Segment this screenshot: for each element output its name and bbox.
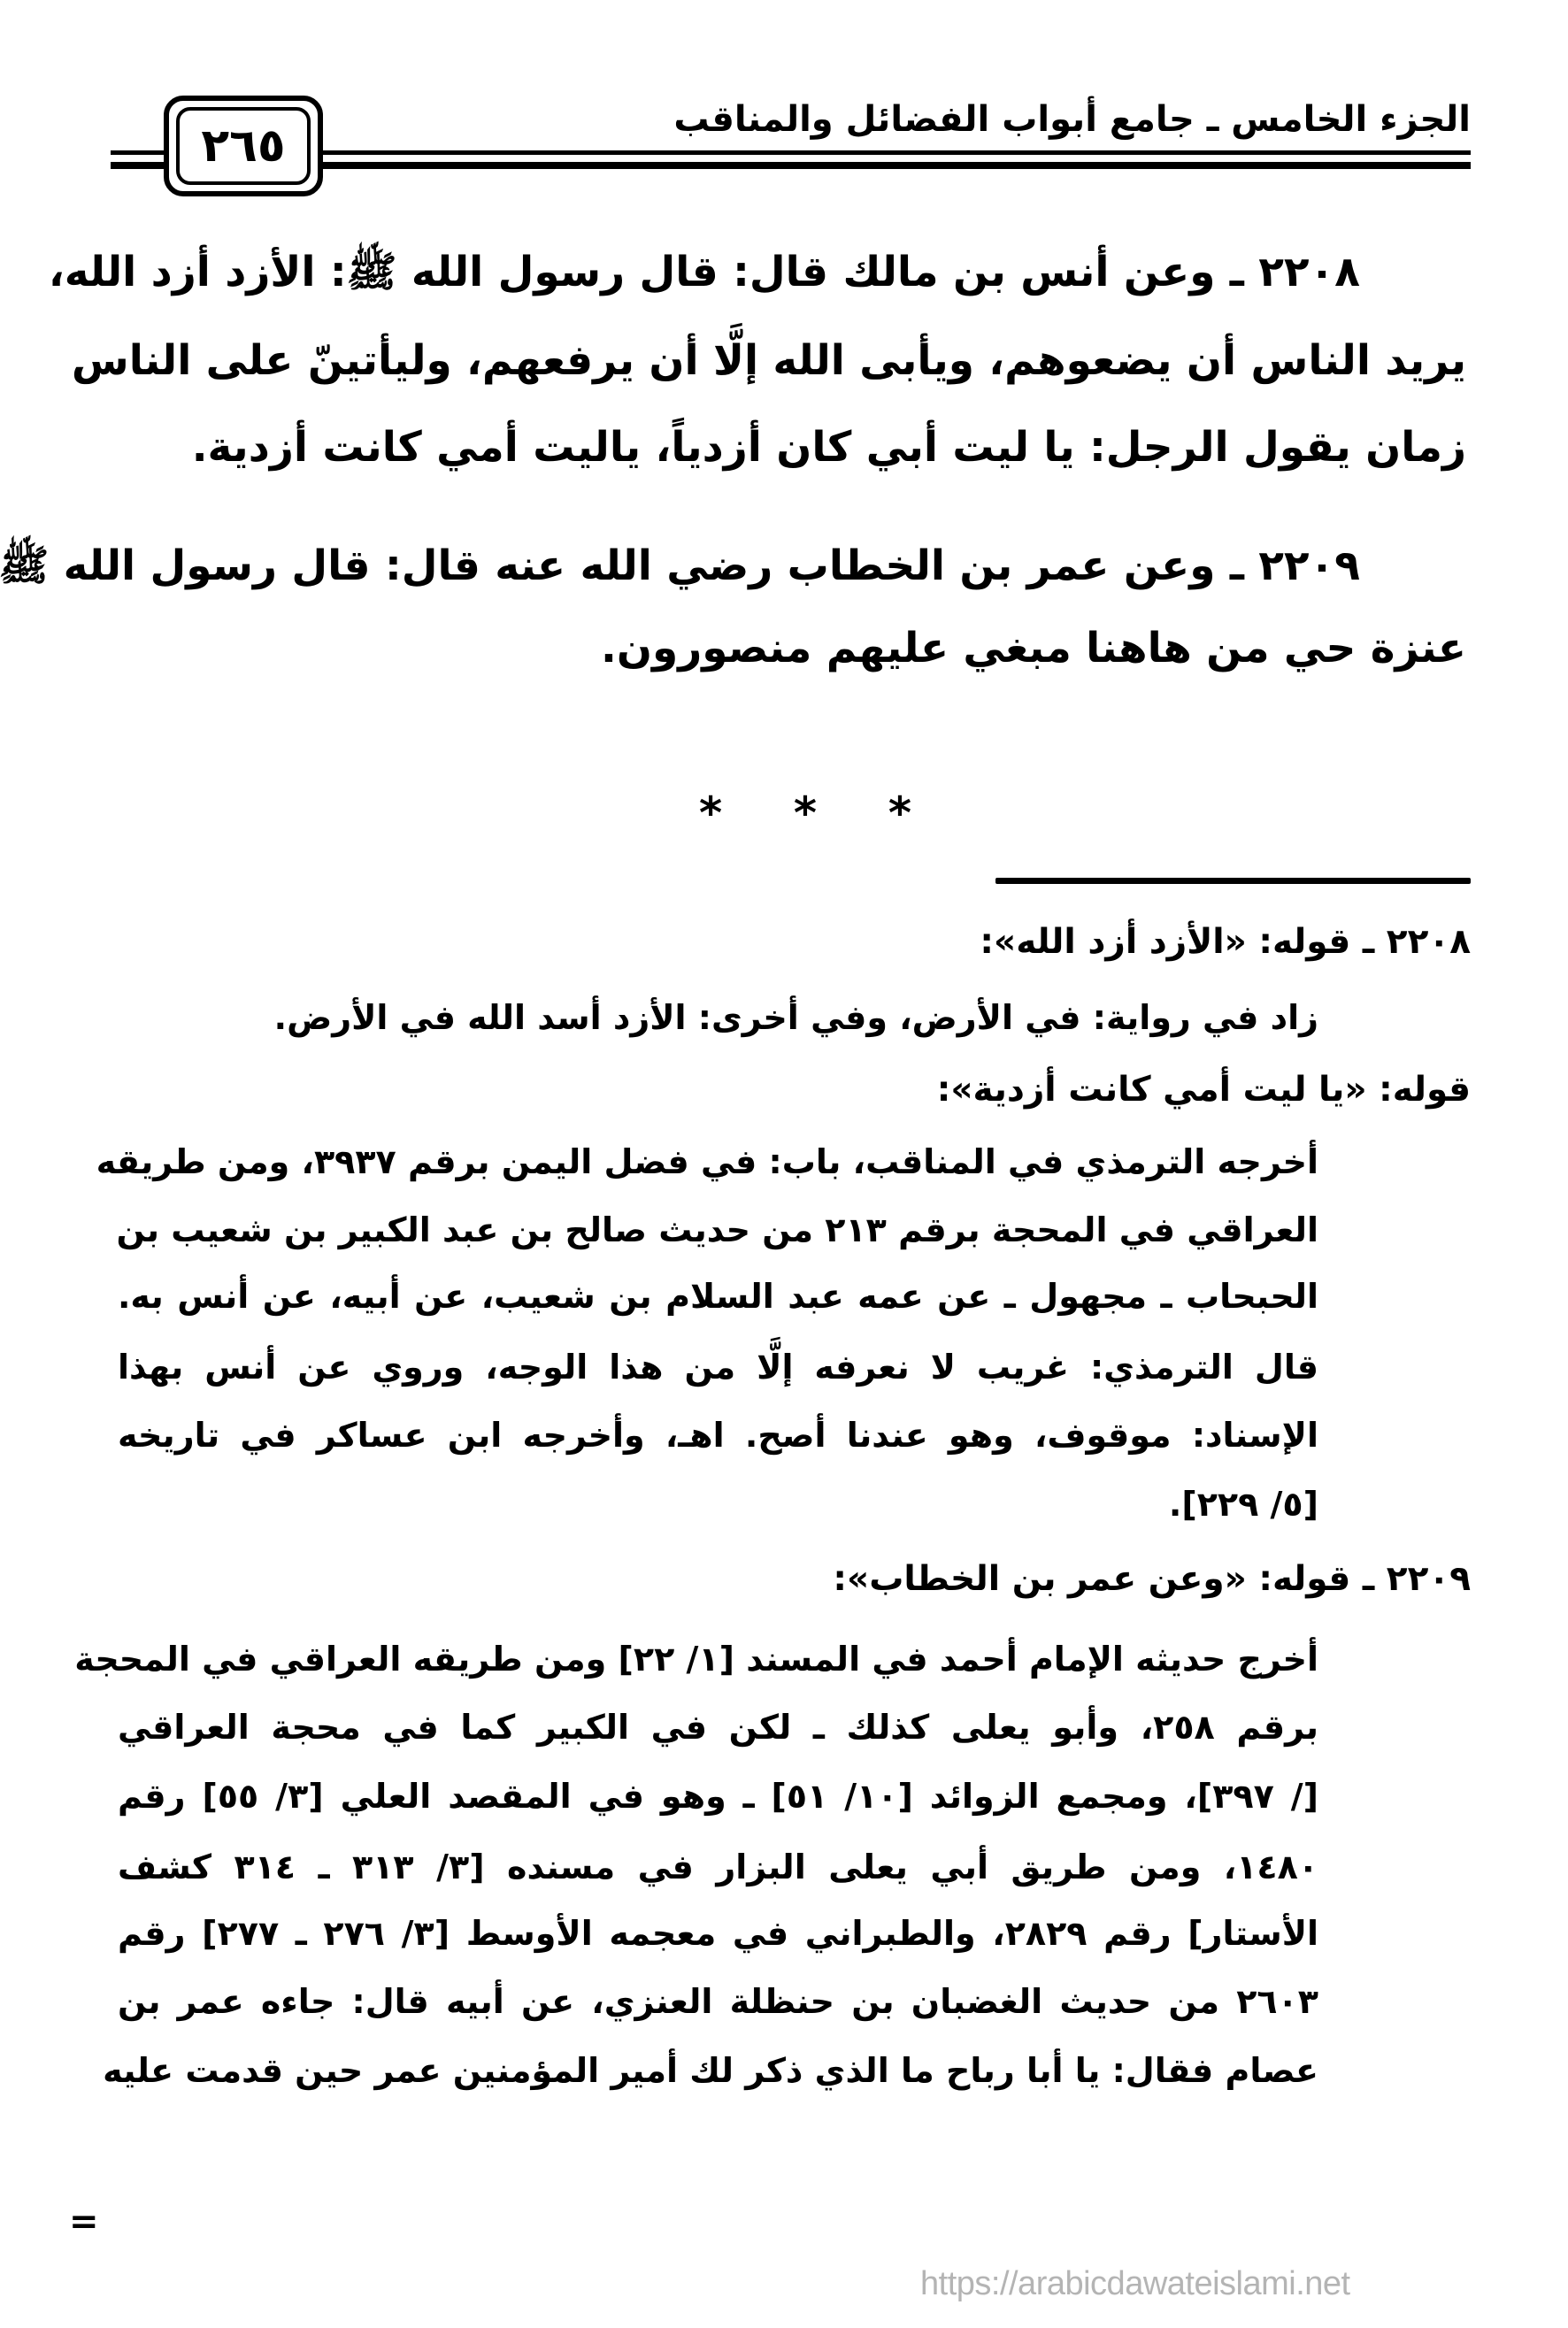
footnote-2208b-body-line: الحبحاب ـ مجهول ـ عن عمه عبد السلام بن ش… bbox=[118, 1274, 1318, 1318]
footnote-2208b-body-line: قال الترمذي: غريب لا نعرفه إلَّا من هذا … bbox=[118, 1345, 1318, 1389]
continuation-marker: = bbox=[69, 2200, 99, 2244]
footnote-2209-body-line: برقم ٢٥٨، وأبو يعلى كذلك ـ لكن في الكبير… bbox=[118, 1705, 1318, 1749]
footnote-separator bbox=[995, 878, 1471, 884]
asterisk-icon: * bbox=[699, 788, 722, 839]
page-number-frame: ٢٦٥ bbox=[164, 96, 323, 196]
footnote-2208b-heading: قوله: «يا ليت أمي كانت أزدية»: bbox=[937, 1068, 1471, 1112]
page-number: ٢٦٥ bbox=[201, 123, 285, 169]
footnote-2208b-body-line: الإسناد: موقوف، وهو عندنا أصح. اهـ، وأخر… bbox=[118, 1413, 1318, 1457]
footnote-2208-heading: ٢٢٠٨ ـ قوله: «الأزد أزد الله»: bbox=[980, 920, 1471, 964]
footnote-2209-body-line: أخرج حديثه الإمام أحمد في المسند [١/ ٢٢]… bbox=[118, 1637, 1318, 1681]
footnote-2209-body-line: ٢٦٠٣ من حديث الغضبان بن حنظلة العنزي، عن… bbox=[118, 1979, 1318, 2024]
hadith-2208-line-3: زمان يقول الرجل: يا ليت أبي كان أزدياً، … bbox=[115, 421, 1466, 474]
book-page: الجزء الخامس ـ جامع أبواب الفضائل والمنا… bbox=[0, 0, 1568, 2328]
hadith-2208-line-2: يريد الناس أن يضعوهم، ويأبى الله إلَّا أ… bbox=[115, 334, 1466, 388]
hadith-2209-line-2: عنزة حي من هاهنا مبغي عليهم منصورون. bbox=[115, 622, 1466, 675]
footnote-2208b-body-line: العراقي في المحجة برقم ٢١٣ من حديث صالح … bbox=[118, 1208, 1318, 1252]
running-title: الجزء الخامس ـ جامع أبواب الفضائل والمنا… bbox=[673, 99, 1471, 140]
footnote-2209-body-line: ١٤٨٠، ومن طريق أبي يعلى البزار في مسنده … bbox=[118, 1845, 1318, 1889]
asterisk-icon: * bbox=[794, 788, 817, 839]
hadith-2209-line-1: ٢٢٠٩ ـ وعن عمر بن الخطاب رضي الله عنه قا… bbox=[115, 540, 1466, 593]
footnote-2209-body-line: عصام فقال: يا أبا رباح ما الذي ذكر لك أم… bbox=[118, 2048, 1318, 2093]
footnote-2209-heading: ٢٢٠٩ ـ قوله: «وعن عمر بن الخطاب»: bbox=[833, 1557, 1471, 1602]
asterisk-icon: * bbox=[888, 788, 911, 839]
footnote-2208b-body-line: أخرجه الترمذي في المناقب، باب: في فضل ال… bbox=[118, 1140, 1318, 1184]
watermark-url: https://arabicdawateislami.net bbox=[920, 2265, 1350, 2303]
section-divider-stars: * * * bbox=[699, 788, 911, 839]
page-number-inner-frame: ٢٦٥ bbox=[176, 107, 311, 185]
footnote-2208b-body-line: [٥/ ٢٢٩]. bbox=[118, 1482, 1318, 1526]
footnote-2209-body-line: [/ ٣٩٧]، ومجمع الزوائد [١٠/ ٥١] ـ وهو في… bbox=[118, 1774, 1318, 1818]
hadith-2208-line-1: ٢٢٠٨ ـ وعن أنس بن مالك قال: قال رسول الل… bbox=[115, 246, 1466, 299]
footnote-2209-body-line: الأستار] رقم ٢٨٢٩، والطبراني في معجمه ال… bbox=[118, 1911, 1318, 1955]
footnote-2208-body-line: زاد في رواية: في الأرض، وفي أخرى: الأزد … bbox=[118, 995, 1318, 1040]
